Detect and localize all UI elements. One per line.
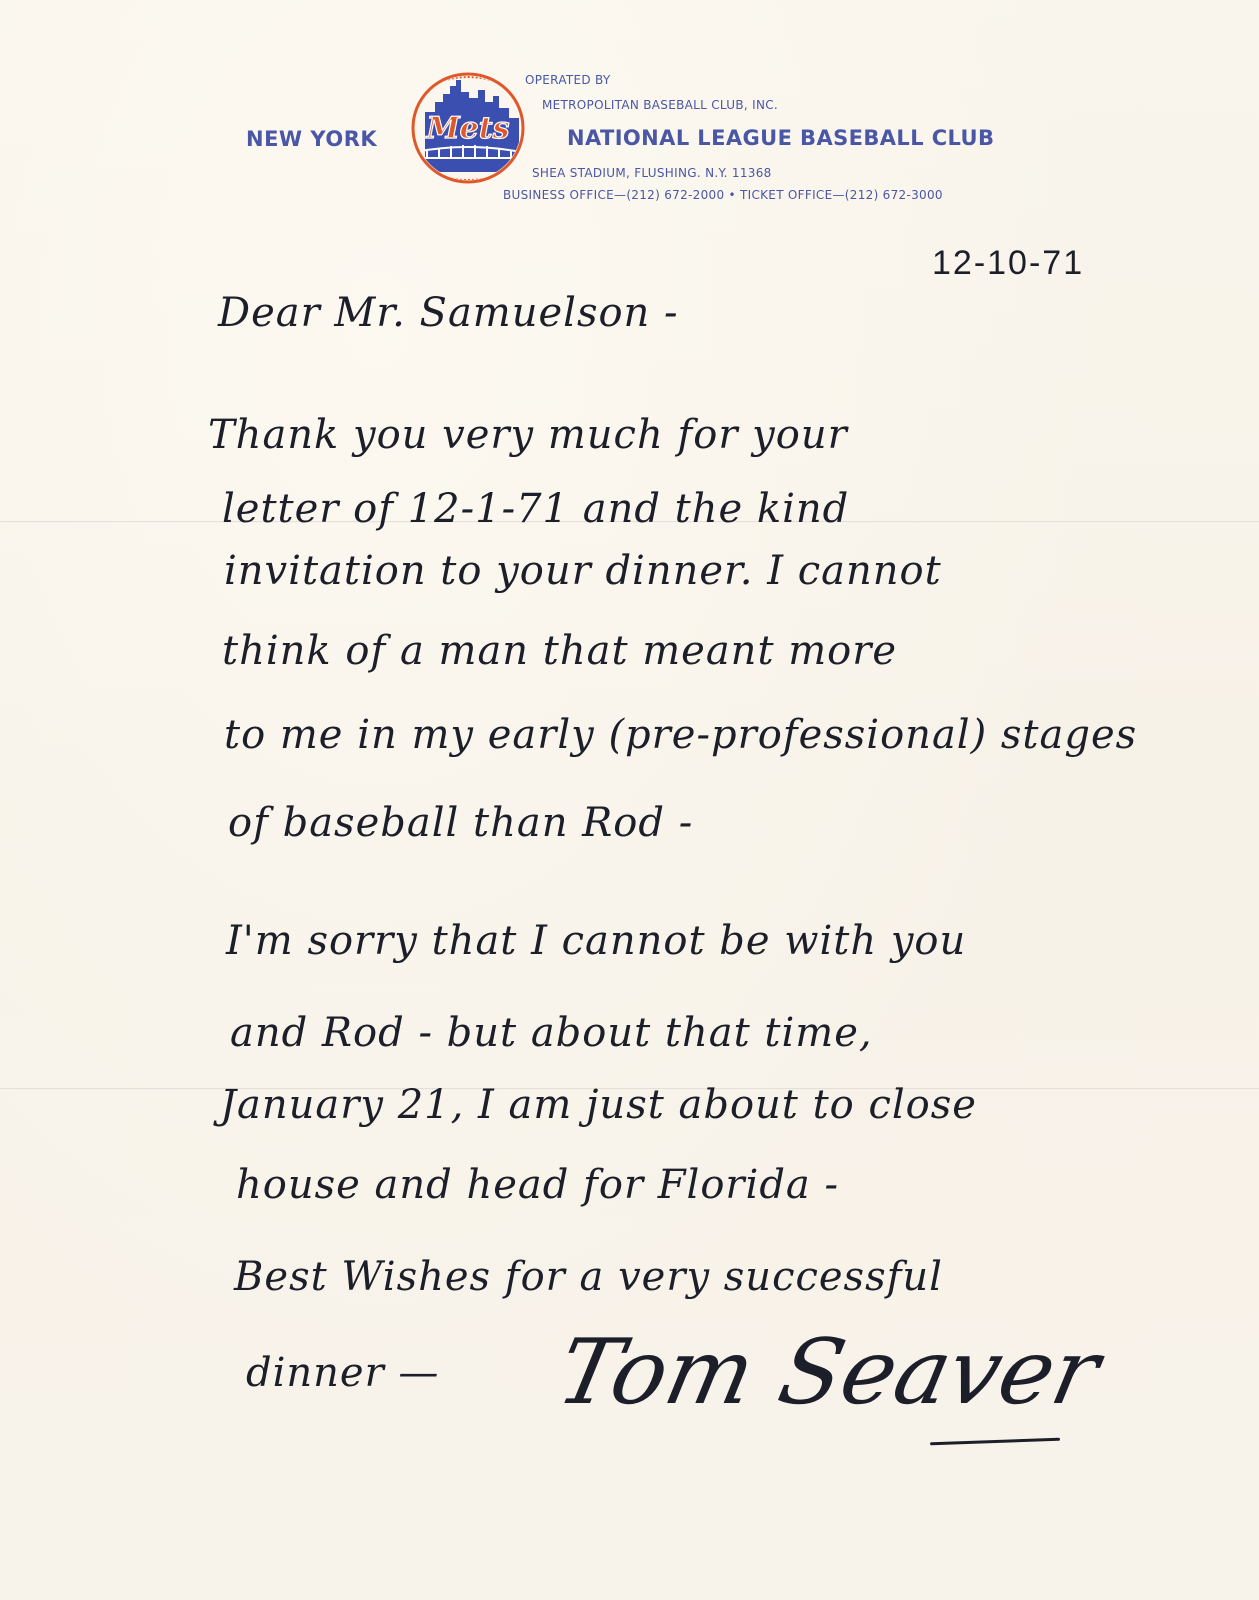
body-line: of baseball than Rod - bbox=[228, 800, 693, 846]
body-line: I'm sorry that I cannot be with you bbox=[226, 918, 966, 964]
body-line: house and head for Florida - bbox=[236, 1162, 839, 1208]
letterhead-operated-by: OPERATED BY bbox=[525, 73, 611, 87]
letterhead-phones: BUSINESS OFFICE—(212) 672-2000 • TICKET … bbox=[503, 188, 943, 202]
letterhead-company: METROPOLITAN BASEBALL CLUB, INC. bbox=[542, 98, 778, 112]
letterhead-club: NATIONAL LEAGUE BASEBALL CLUB bbox=[567, 126, 994, 150]
signature: Tom Seaver bbox=[549, 1320, 1108, 1425]
letterhead-city: NEW YORK bbox=[246, 127, 377, 151]
salutation: Dear Mr. Samuelson - bbox=[218, 290, 679, 336]
body-line: invitation to your dinner. I cannot bbox=[224, 548, 942, 594]
letter-date: 12-10-71 bbox=[932, 244, 1084, 283]
body-line: Best Wishes for a very successful bbox=[234, 1254, 943, 1300]
body-line: letter of 12-1-71 and the kind bbox=[222, 486, 849, 532]
body-line: January 21, I am just about to close bbox=[220, 1082, 977, 1128]
svg-text:Mets: Mets bbox=[425, 111, 509, 146]
body-line: and Rod - but about that time, bbox=[230, 1010, 873, 1056]
body-line: Thank you very much for your bbox=[208, 412, 848, 458]
letterhead-address: SHEA STADIUM, FLUSHING. N.Y. 11368 bbox=[532, 166, 772, 180]
mets-logo-icon: Mets bbox=[411, 72, 525, 184]
body-line: think of a man that meant more bbox=[222, 628, 897, 674]
body-line: dinner — bbox=[246, 1350, 439, 1396]
body-line: to me in my early (pre-professional) sta… bbox=[224, 712, 1137, 758]
